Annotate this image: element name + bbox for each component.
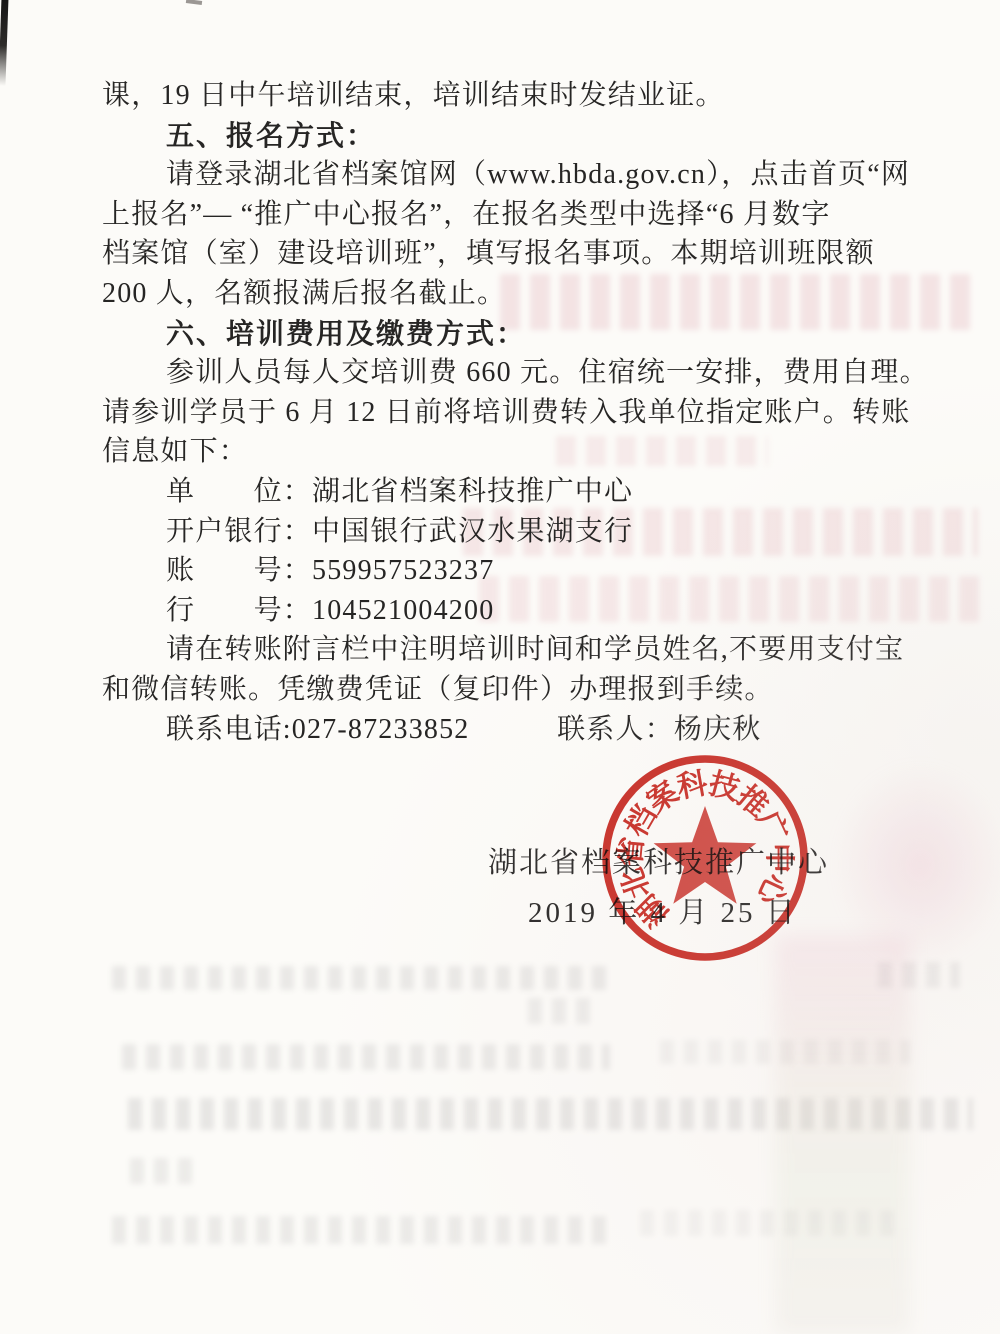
bleedthrough-artifact [878,962,960,988]
scan-smudge-artifact [775,935,910,1334]
scan-smudge-artifact [830,760,1000,970]
document-line: 请参训学员于 6 月 12 日前将培训费转入我单位指定账户。转账 [102,393,902,433]
document-line: 单 位：湖北省档案科技推广中心 [102,472,902,512]
bleedthrough-artifact [528,998,590,1024]
document-line: 和微信转账。凭缴费凭证（复印件）办理报到手续。 [102,670,902,710]
document-line: 档案馆（室）建设培训班”，填写报名事项。本期培训班限额 [102,234,902,274]
seal-star-icon [654,806,757,904]
document-line: 参训人员每人交培训费 660 元。住宿统一安排，费用自理。 [102,353,902,393]
document-line: 行 号：104521004200 [102,591,902,631]
scanned-document-page: 课，19 日中午培训结束，培训结束时发结业证。五、报名方式：请登录湖北省档案馆网… [0,0,1000,1334]
official-seal: 湖北省档案科技推广中心 [595,748,815,968]
document-line: 请在转账附言栏中注明培训时间和学员姓名,不要用支付宝 [102,630,902,670]
document-line: 账 号：559957523237 [102,551,902,591]
bleedthrough-artifact [130,1158,202,1184]
document-line: 200 人，名额报满后报名截止。 [102,274,902,314]
document-line: 信息如下： [102,432,902,472]
bleedthrough-artifact [112,1216,614,1244]
document-line: 开户银行：中国银行武汉水果湖支行 [102,512,902,552]
document-line: 联系电话:027-87233852 联系人：杨庆秋 [102,710,902,750]
section-heading: 六、培训费用及缴费方式： [102,314,902,354]
bleedthrough-artifact [122,1044,610,1070]
bleedthrough-artifact [112,966,607,990]
document-line: 请登录湖北省档案馆网（www.hbda.gov.cn），点击首页“网 [102,155,902,195]
bleedthrough-artifact [128,1098,973,1130]
seal-ring-char: 心 [750,868,793,910]
scan-edge-artifact [186,0,202,5]
scan-edge-artifact [0,0,9,86]
seal-ring-char: 中 [762,843,795,873]
document-lines: 课，19 日中午培训结束，培训结束时发结业证。五、报名方式：请登录湖北省档案馆网… [102,76,902,749]
document-line: 课，19 日中午培训结束，培训结束时发结业证。 [102,76,902,116]
bleedthrough-artifact [660,1040,910,1064]
bleedthrough-artifact [640,1210,902,1236]
document-line: 上报名”— “推广中心报名”，在报名类型中选择“6 月数字 [102,195,902,235]
section-heading: 五、报名方式： [102,116,902,156]
